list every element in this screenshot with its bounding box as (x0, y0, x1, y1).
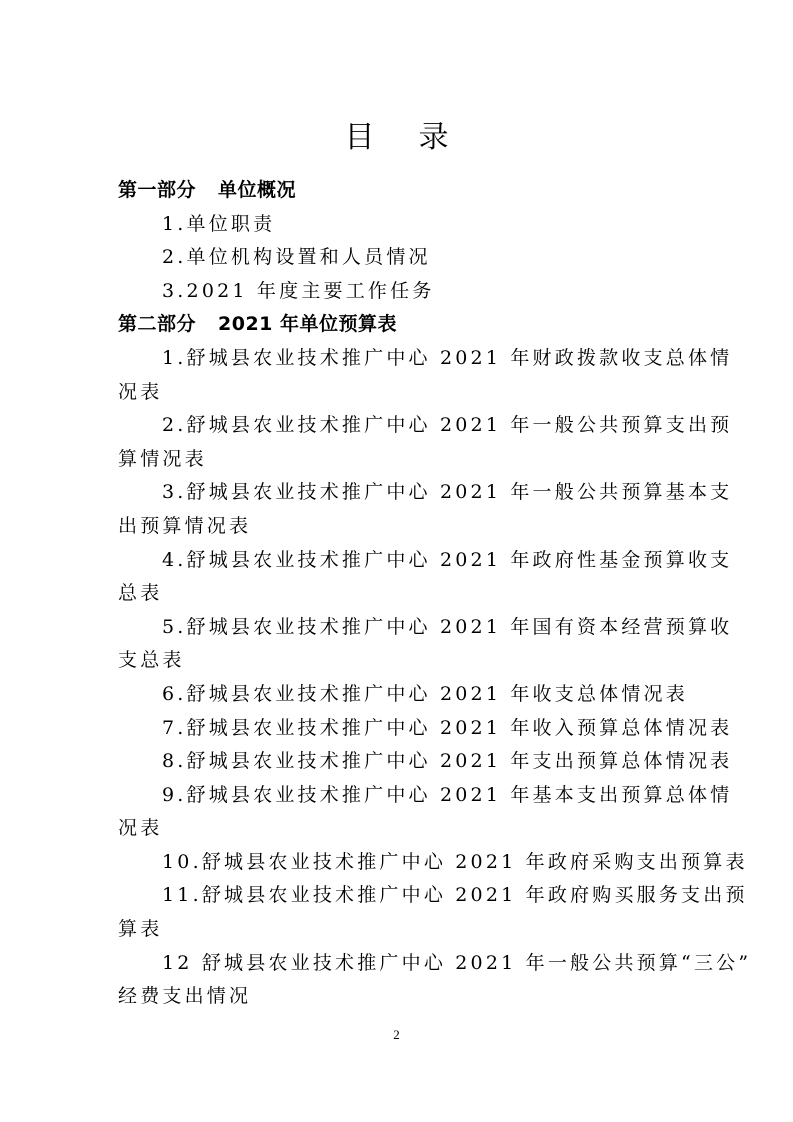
toc-entry-line: 经费支出情况 (118, 980, 704, 1014)
toc-entry-7[interactable]: 7.舒城县农业技术推广中心 2021 年收入预算总体情况表 (118, 712, 704, 746)
part-label: 第二部分 (118, 313, 196, 335)
toc-part-1-heading[interactable]: 第一部分单位概况 (118, 174, 704, 208)
page-number: 2 (0, 1027, 793, 1043)
table-of-contents: 第一部分单位概况 1.单位职责 2.单位机构设置和人员情况 3.2021 年度主… (118, 174, 704, 1014)
part-label: 第一部分 (118, 179, 196, 201)
toc-entry-line: 12 舒城县农业技术推广中心 2021 年一般公共预算“三公” (118, 947, 704, 981)
toc-entry-line: 况表 (118, 376, 704, 410)
page-title: 目录 (0, 116, 793, 160)
toc-entry-line: 10.舒城县农业技术推广中心 2021 年政府采购支出预算表 (118, 846, 704, 880)
toc-entry-3[interactable]: 3.舒城县农业技术推广中心 2021 年一般公共预算基本支 出预算情况表 (118, 476, 704, 543)
toc-entry-line: 算表 (118, 913, 704, 947)
toc-entry[interactable]: 2.单位机构设置和人员情况 (118, 241, 704, 275)
toc-entry-line: 总表 (118, 577, 704, 611)
toc-entry[interactable]: 1.单位职责 (118, 208, 704, 242)
toc-entry-4[interactable]: 4.舒城县农业技术推广中心 2021 年政府性基金预算收支 总表 (118, 544, 704, 611)
toc-entry-line: 4.舒城县农业技术推广中心 2021 年政府性基金预算收支 (118, 544, 704, 578)
toc-entry-line: 11.舒城县农业技术推广中心 2021 年政府购买服务支出预 (118, 879, 704, 913)
toc-entry-line: 8.舒城县农业技术推广中心 2021 年支出预算总体情况表 (118, 745, 704, 779)
title-char-1: 目 (345, 116, 375, 160)
toc-entry-line: 5.舒城县农业技术推广中心 2021 年国有资本经营预算收 (118, 611, 704, 645)
toc-entry-line: 9.舒城县农业技术推广中心 2021 年基本支出预算总体情 (118, 779, 704, 813)
toc-entry-5[interactable]: 5.舒城县农业技术推广中心 2021 年国有资本经营预算收 支总表 (118, 611, 704, 678)
part-title: 单位概况 (218, 179, 296, 201)
toc-entry-8[interactable]: 8.舒城县农业技术推广中心 2021 年支出预算总体情况表 (118, 745, 704, 779)
toc-entry-line: 况表 (118, 812, 704, 846)
toc-part-2-heading[interactable]: 第二部分2021 年单位预算表 (118, 308, 704, 342)
toc-entry-line: 6.舒城县农业技术推广中心 2021 年收支总体情况表 (118, 678, 704, 712)
toc-entry-9[interactable]: 9.舒城县农业技术推广中心 2021 年基本支出预算总体情 况表 (118, 779, 704, 846)
toc-entry-6[interactable]: 6.舒城县农业技术推广中心 2021 年收支总体情况表 (118, 678, 704, 712)
toc-entry-line: 1.舒城县农业技术推广中心 2021 年财政拨款收支总体情 (118, 342, 704, 376)
toc-entry-line: 2.舒城县农业技术推广中心 2021 年一般公共预算支出预 (118, 409, 704, 443)
toc-entry-10[interactable]: 10.舒城县农业技术推广中心 2021 年政府采购支出预算表 (118, 846, 704, 880)
title-char-2: 录 (419, 116, 449, 160)
part-title: 2021 年单位预算表 (218, 313, 397, 335)
toc-entry-line: 算情况表 (118, 443, 704, 477)
toc-entry-line: 7.舒城县农业技术推广中心 2021 年收入预算总体情况表 (118, 712, 704, 746)
toc-entry-2[interactable]: 2.舒城县农业技术推广中心 2021 年一般公共预算支出预 算情况表 (118, 409, 704, 476)
toc-entry-line: 3.舒城县农业技术推广中心 2021 年一般公共预算基本支 (118, 476, 704, 510)
toc-entry[interactable]: 3.2021 年度主要工作任务 (118, 275, 704, 309)
toc-entry-line: 支总表 (118, 644, 704, 678)
document-page: 目录 第一部分单位概况 1.单位职责 2.单位机构设置和人员情况 3.2021 … (0, 0, 793, 1122)
toc-entry-line: 出预算情况表 (118, 510, 704, 544)
toc-entry-12[interactable]: 12 舒城县农业技术推广中心 2021 年一般公共预算“三公” 经费支出情况 (118, 947, 704, 1014)
toc-entry-1[interactable]: 1.舒城县农业技术推广中心 2021 年财政拨款收支总体情 况表 (118, 342, 704, 409)
toc-entry-11[interactable]: 11.舒城县农业技术推广中心 2021 年政府购买服务支出预 算表 (118, 879, 704, 946)
